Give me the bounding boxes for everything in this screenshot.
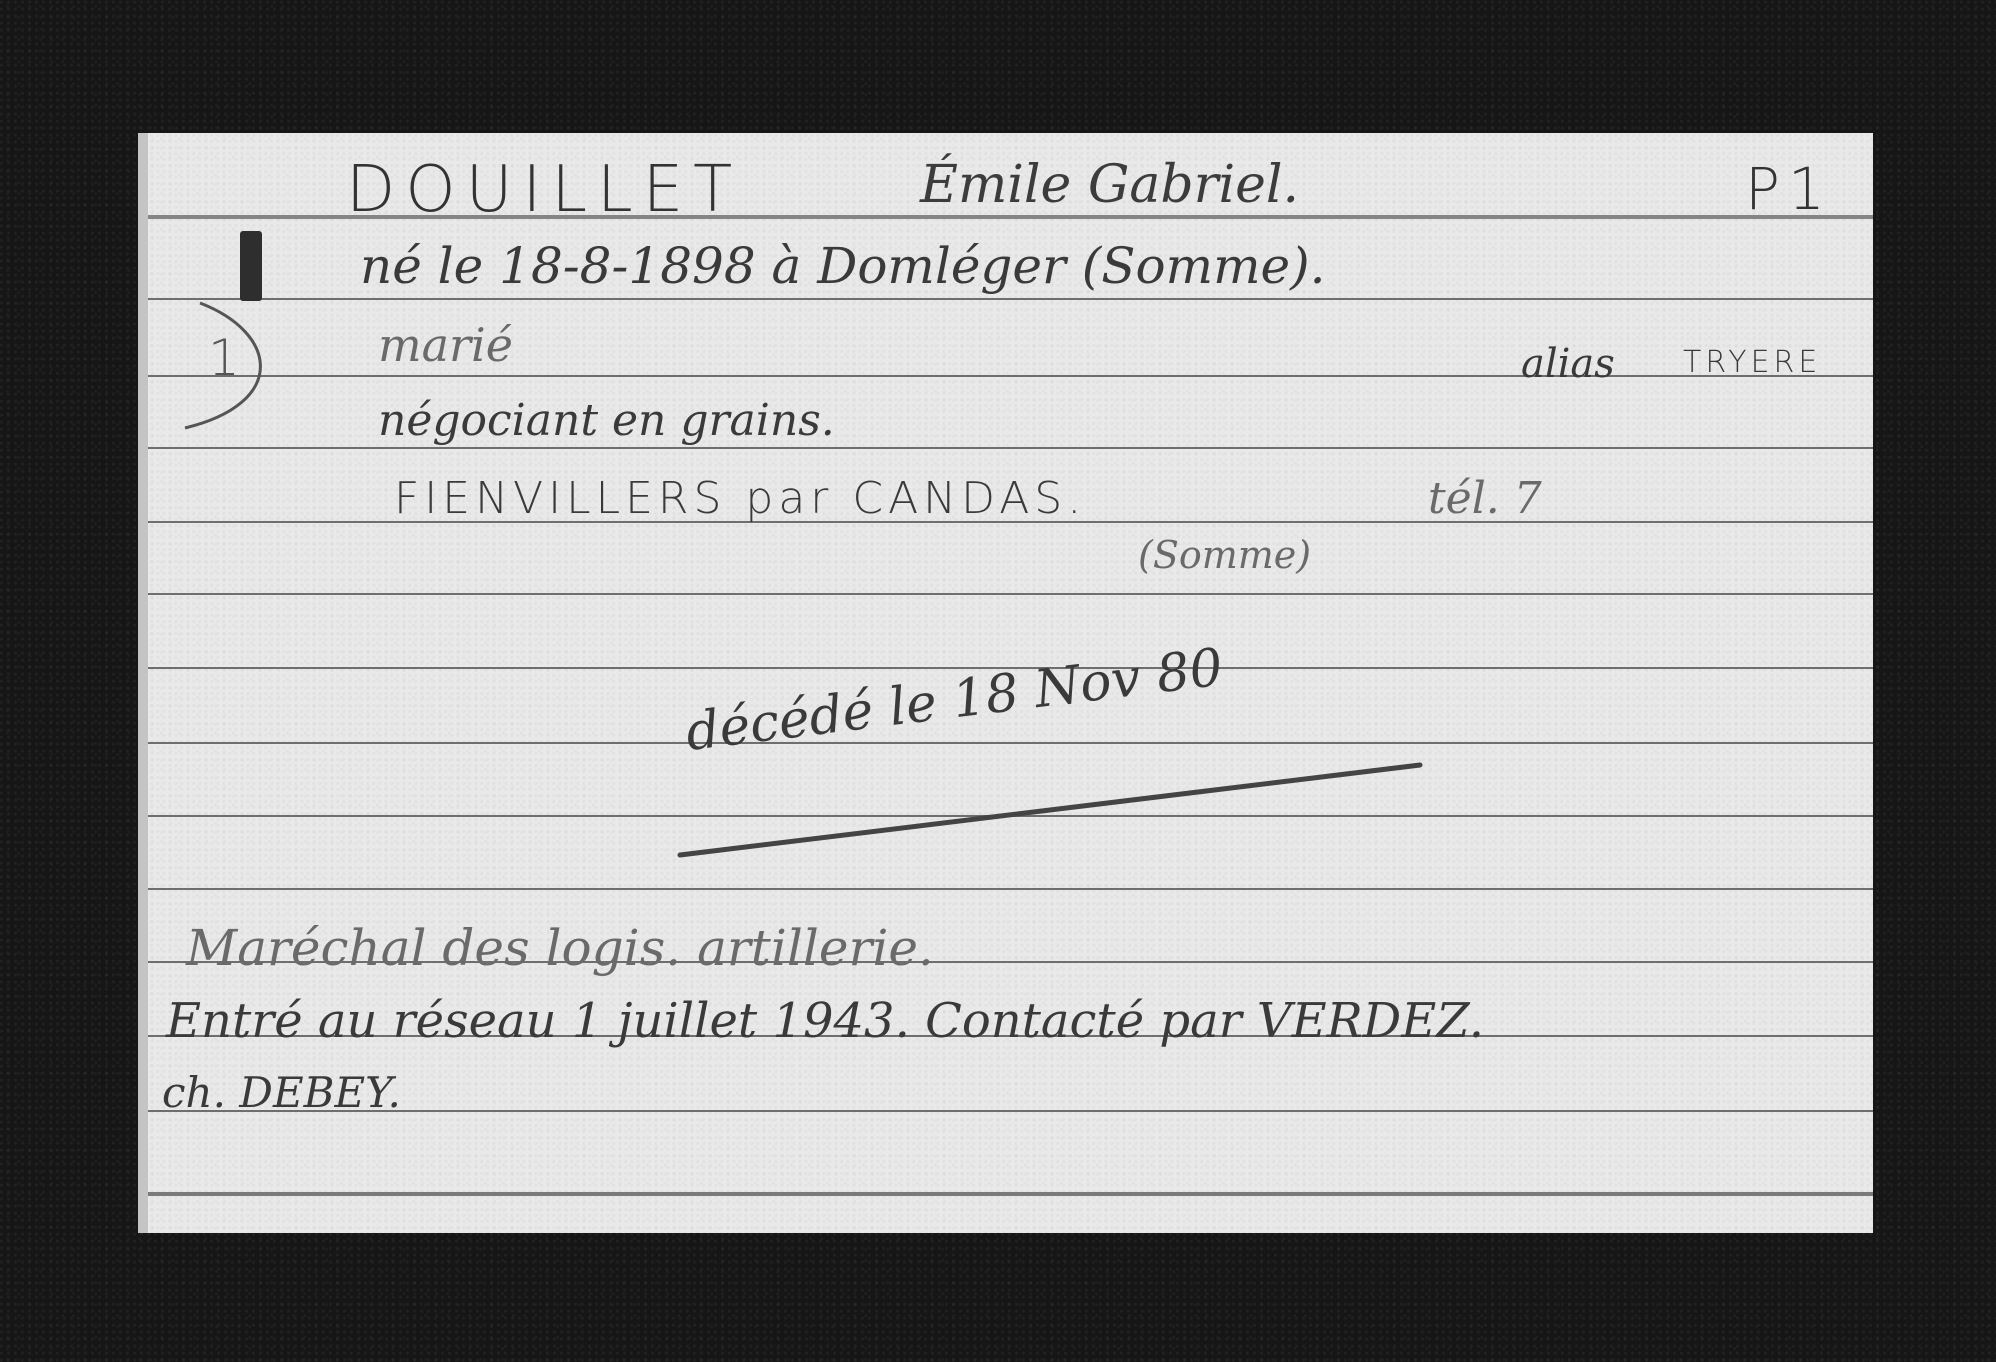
note-network: Entré au réseau 1 juillet 1943. Contacté… (166, 993, 1484, 1049)
index-card: DOUILLET Émile Gabriel. P1 1 né le 18-8-… (138, 133, 1873, 1233)
note-chief: ch. DEBEY. (162, 1068, 401, 1117)
note-rank: Maréchal des logis. artillerie. (186, 919, 934, 977)
